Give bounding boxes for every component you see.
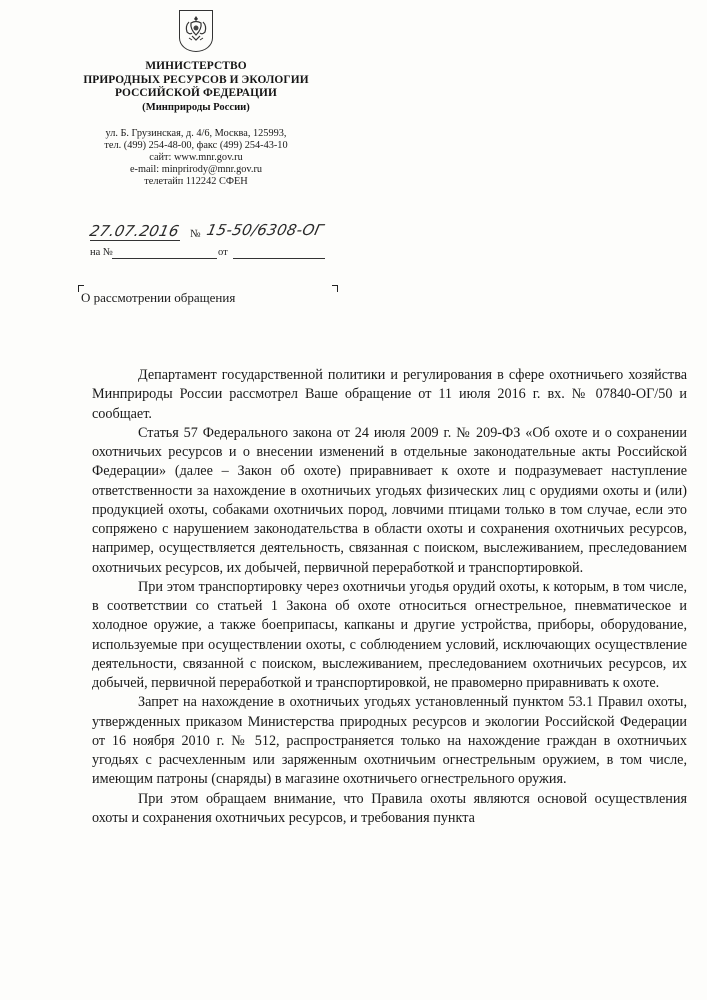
reply-date-line	[233, 258, 325, 259]
number-label: №	[190, 228, 201, 240]
reference-block: 27.07.2016 № 15-50/6308-ОГ на № от	[90, 225, 330, 265]
ministry-name-line: ПРИРОДНЫХ РЕСУРСОВ И ЭКОЛОГИИ	[78, 74, 314, 88]
outgoing-number: 15-50/6308-ОГ	[205, 221, 325, 239]
coat-of-arms-icon	[179, 10, 213, 52]
reply-to-label: на №	[90, 247, 113, 258]
contacts-block: ул. Б. Грузинская, д. 4/6, Москва, 12599…	[78, 128, 314, 189]
reply-number-line	[112, 258, 217, 259]
subject-line: О рассмотрении обращения	[81, 290, 235, 306]
outgoing-date: 27.07.2016	[88, 222, 181, 240]
ministry-name-line: РОССИЙСКОЙ ФЕДЕРАЦИИ	[78, 87, 314, 101]
corner-mark	[332, 285, 338, 292]
paragraph: Департамент государственной политики и р…	[92, 366, 687, 424]
email: e-mail: minprirody@mnr.gov.ru	[78, 164, 314, 176]
reply-ref-row: на № от	[90, 245, 330, 265]
subject-block: О рассмотрении обращения	[78, 281, 338, 311]
teletype: телетайп 112242 СФЕН	[78, 176, 314, 188]
from-label: от	[218, 247, 228, 258]
letterhead: МИНИСТЕРСТВО ПРИРОДНЫХ РЕСУРСОВ И ЭКОЛОГ…	[78, 10, 314, 189]
paragraph: Запрет на нахождение в охотничьих угодья…	[92, 693, 687, 789]
paragraph: При этом обращаем внимание, что Правила …	[92, 790, 687, 829]
paragraph: При этом транспортировку через охотничьи…	[92, 578, 687, 694]
address: ул. Б. Грузинская, д. 4/6, Москва, 12599…	[78, 128, 314, 140]
letter-body: Департамент государственной политики и р…	[92, 366, 687, 828]
paragraph: Статья 57 Федерального закона от 24 июля…	[92, 424, 687, 578]
outgoing-ref-row: 27.07.2016 № 15-50/6308-ОГ	[90, 225, 330, 245]
phone-fax: тел. (499) 254-48-00, факс (499) 254-43-…	[78, 140, 314, 152]
date-underline	[90, 240, 180, 241]
ministry-name-line: МИНИСТЕРСТВО	[78, 60, 314, 74]
website: сайт: www.mnr.gov.ru	[78, 152, 314, 164]
ministry-short-name: (Минприроды России)	[78, 101, 314, 115]
